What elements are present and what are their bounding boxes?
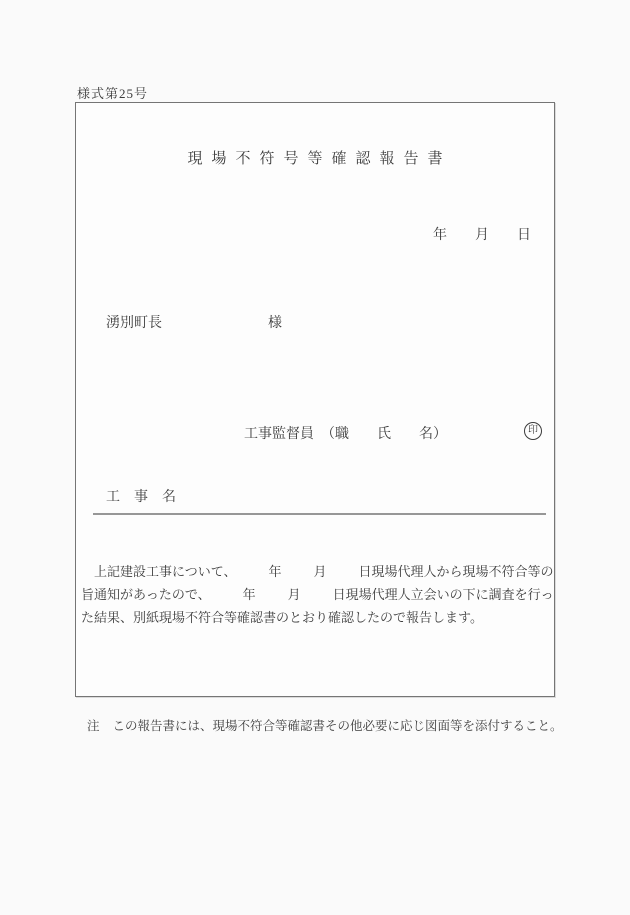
- report-form-box: 現場不符号等確認報告書 年 月 日 湧別町長様 工事監督員 （職 氏 名） 印 …: [75, 102, 555, 697]
- fill-in-gap: [211, 598, 243, 599]
- body-line-1-lead: 上記建設工事について、: [81, 564, 236, 579]
- work-name-underline: [93, 513, 546, 515]
- addressee-name: 湧別町長: [106, 316, 162, 331]
- fill-in-gap: [301, 598, 333, 599]
- footnote: 注この報告書には、現場不符合等確認書その他必要に応じ図面等を添付すること。: [87, 716, 563, 734]
- body-line-1: 上記建設工事について、年月日現場代理人から現場不符合等の: [81, 560, 553, 583]
- report-body: 上記建設工事について、年月日現場代理人から現場不符合等の 旨通知があったので、年…: [81, 560, 553, 629]
- body-line-1-year: 年: [268, 564, 281, 579]
- seal-character: 印: [528, 425, 538, 436]
- form-number-label: 様式第25号: [77, 83, 148, 102]
- body-line-2-rest: 日現場代理人立会いの下に調査を行っ: [333, 587, 554, 602]
- date-line: 年 月 日: [433, 224, 531, 244]
- work-name-label: 工 事 名: [106, 486, 176, 506]
- body-line-1-rest: 日現場代理人から現場不符合等の: [359, 564, 554, 579]
- fill-in-gap: [282, 575, 314, 576]
- inspector-label: 工事監督員 （職 氏 名）: [244, 423, 447, 443]
- body-line-1-month: 月: [314, 564, 327, 579]
- body-line-3-text: た結果、別紙現場不符合等確認書のとおり確認したので報告します。: [81, 610, 483, 625]
- document-title: 現場不符号等確認報告書: [76, 147, 554, 168]
- footnote-marker: 注: [87, 719, 100, 733]
- body-line-2-month: 月: [288, 587, 301, 602]
- footnote-text: この報告書には、現場不符合等確認書その他必要に応じ図面等を添付すること。: [113, 719, 563, 733]
- body-line-3: た結果、別紙現場不符合等確認書のとおり確認したので報告します。: [81, 606, 553, 629]
- fill-in-gap: [256, 598, 288, 599]
- fill-in-gap: [327, 575, 359, 576]
- body-line-2: 旨通知があったので、年月日現場代理人立会いの下に調査を行っ: [81, 583, 553, 606]
- body-line-2-year: 年: [243, 587, 256, 602]
- body-line-2-lead: 旨通知があったので、: [81, 587, 211, 602]
- footnote-gap: [100, 729, 113, 730]
- addressee-honorific: 様: [268, 316, 282, 331]
- addressee-line: 湧別町長様: [106, 312, 282, 332]
- seal-icon: 印: [524, 422, 542, 440]
- document-page: 様式第25号 現場不符号等確認報告書 年 月 日 湧別町長様 工事監督員 （職 …: [0, 0, 630, 915]
- fill-in-gap: [236, 575, 268, 576]
